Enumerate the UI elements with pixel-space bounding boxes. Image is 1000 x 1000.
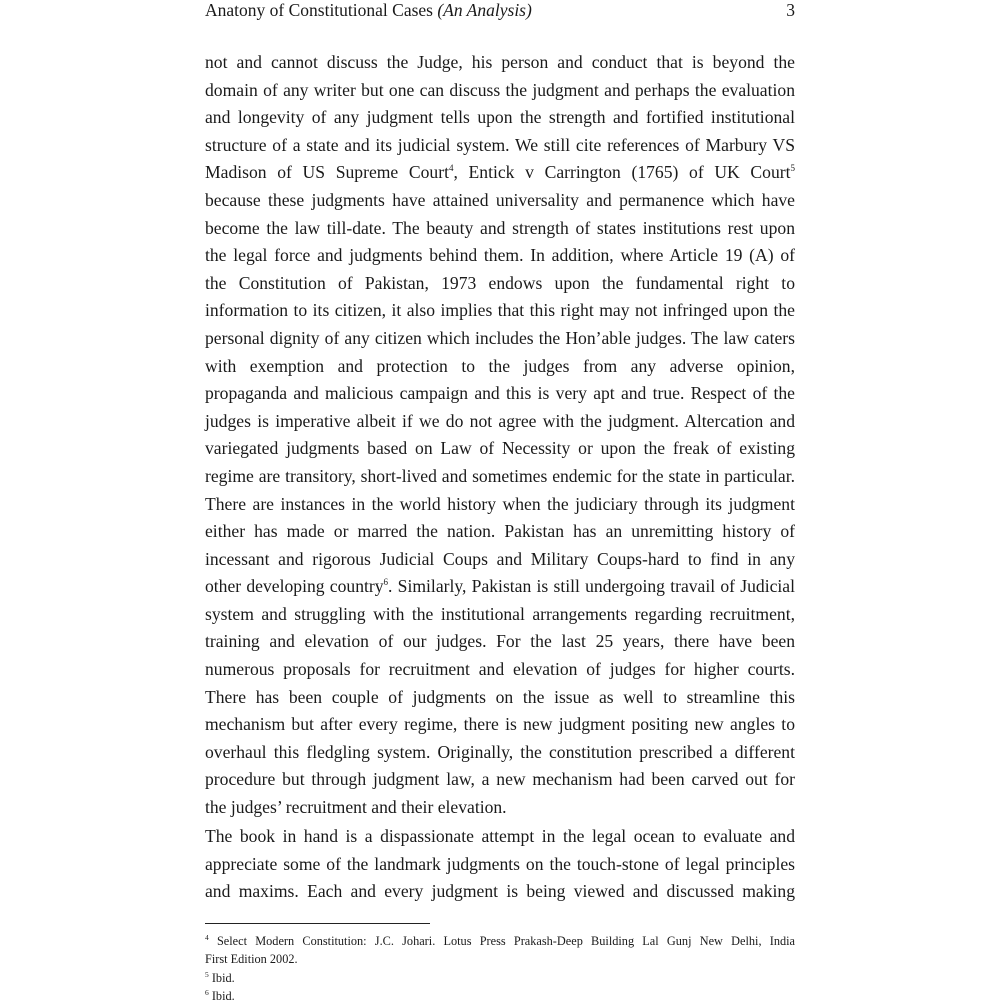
- book-title: Anatony of Constitutional Cases (An Anal…: [205, 0, 532, 23]
- text-segment: . Similarly, Pakistan is still undergoin…: [388, 576, 795, 596]
- footnote-4-continued: First Edition 2002.: [205, 950, 795, 968]
- text-segment: Madison of US Supreme Court: [205, 162, 449, 182]
- text-line: The book in hand is a dispassionate atte…: [205, 823, 795, 851]
- footnote-4: 4 Select Modern Constitution: J.C. Johar…: [205, 932, 795, 950]
- text-line: personal dignity of any citizen which in…: [205, 325, 795, 353]
- text-line: and longevity of any judgment tells upon…: [205, 104, 795, 132]
- text-line: judges is imperative albeit if we do not…: [205, 408, 795, 436]
- text-line: the Constitution of Pakistan, 1973 endow…: [205, 270, 795, 298]
- text-line: appreciate some of the landmark judgment…: [205, 851, 795, 879]
- footnote-number: 6: [205, 988, 209, 997]
- text-line: the judges’ recruitment and their elevat…: [205, 794, 795, 822]
- text-line: variegated judgments based on Law of Nec…: [205, 435, 795, 463]
- text-line-with-footnote-refs: Madison of US Supreme Court4, Entick v C…: [205, 159, 795, 187]
- text-line: not and cannot discuss the Judge, his pe…: [205, 49, 795, 77]
- footnote-text: Select Modern Constitution: J.C. Johari.…: [217, 934, 795, 948]
- text-line: the legal force and judgments behind the…: [205, 242, 795, 270]
- text-line: There are instances in the world history…: [205, 491, 795, 519]
- text-line: and maxims. Each and every judgment is b…: [205, 878, 795, 906]
- text-line: propaganda and malicious campaign and th…: [205, 380, 795, 408]
- book-subtitle: (An Analysis): [437, 0, 531, 20]
- text-line: with exemption and protection to the jud…: [205, 353, 795, 381]
- paragraph-1: not and cannot discuss the Judge, his pe…: [205, 49, 795, 822]
- running-header: Anatony of Constitutional Cases (An Anal…: [205, 0, 795, 23]
- text-line: information to its citizen, it also impl…: [205, 297, 795, 325]
- footnote-6: 6 Ibid.: [205, 987, 795, 1000]
- text-segment: other developing country: [205, 576, 384, 596]
- footnote-ref-5[interactable]: 5: [791, 163, 796, 173]
- text-line: structure of a state and its judicial sy…: [205, 132, 795, 160]
- text-line: because these judgments have attained un…: [205, 187, 795, 215]
- text-line: procedure but through judgment law, a ne…: [205, 766, 795, 794]
- text-line: overhaul this fledgling system. Original…: [205, 739, 795, 767]
- text-line: domain of any writer but one can discuss…: [205, 77, 795, 105]
- book-title-text: Anatony of Constitutional Cases: [205, 0, 433, 20]
- footnote-5: 5 Ibid.: [205, 969, 795, 987]
- text-line: either has made or marred the nation. Pa…: [205, 518, 795, 546]
- text-line: become the law till-date. The beauty and…: [205, 215, 795, 243]
- text-segment: , Entick v Carrington (1765) of UK Court: [453, 162, 790, 182]
- footnote-number: 5: [205, 970, 209, 979]
- footnote-text: Ibid.: [212, 989, 235, 1000]
- page-number: 3: [786, 0, 795, 23]
- text-line: incessant and rigorous Judicial Coups an…: [205, 546, 795, 574]
- text-line: numerous proposals for recruitment and e…: [205, 656, 795, 684]
- footnote-separator: [205, 923, 430, 924]
- text-line: There has been couple of judgments on th…: [205, 684, 795, 712]
- text-line: system and struggling with the instituti…: [205, 601, 795, 629]
- text-line-with-footnote-ref: other developing country6. Similarly, Pa…: [205, 573, 795, 601]
- paragraph-2: The book in hand is a dispassionate atte…: [205, 823, 795, 906]
- footnotes: 4 Select Modern Constitution: J.C. Johar…: [205, 932, 795, 1000]
- footnote-text: Ibid.: [212, 971, 235, 985]
- footnote-number: 4: [205, 933, 209, 942]
- text-line: training and elevation of our judges. Fo…: [205, 628, 795, 656]
- text-line: regime are transitory, short-lived and s…: [205, 463, 795, 491]
- text-line: mechanism but after every regime, there …: [205, 711, 795, 739]
